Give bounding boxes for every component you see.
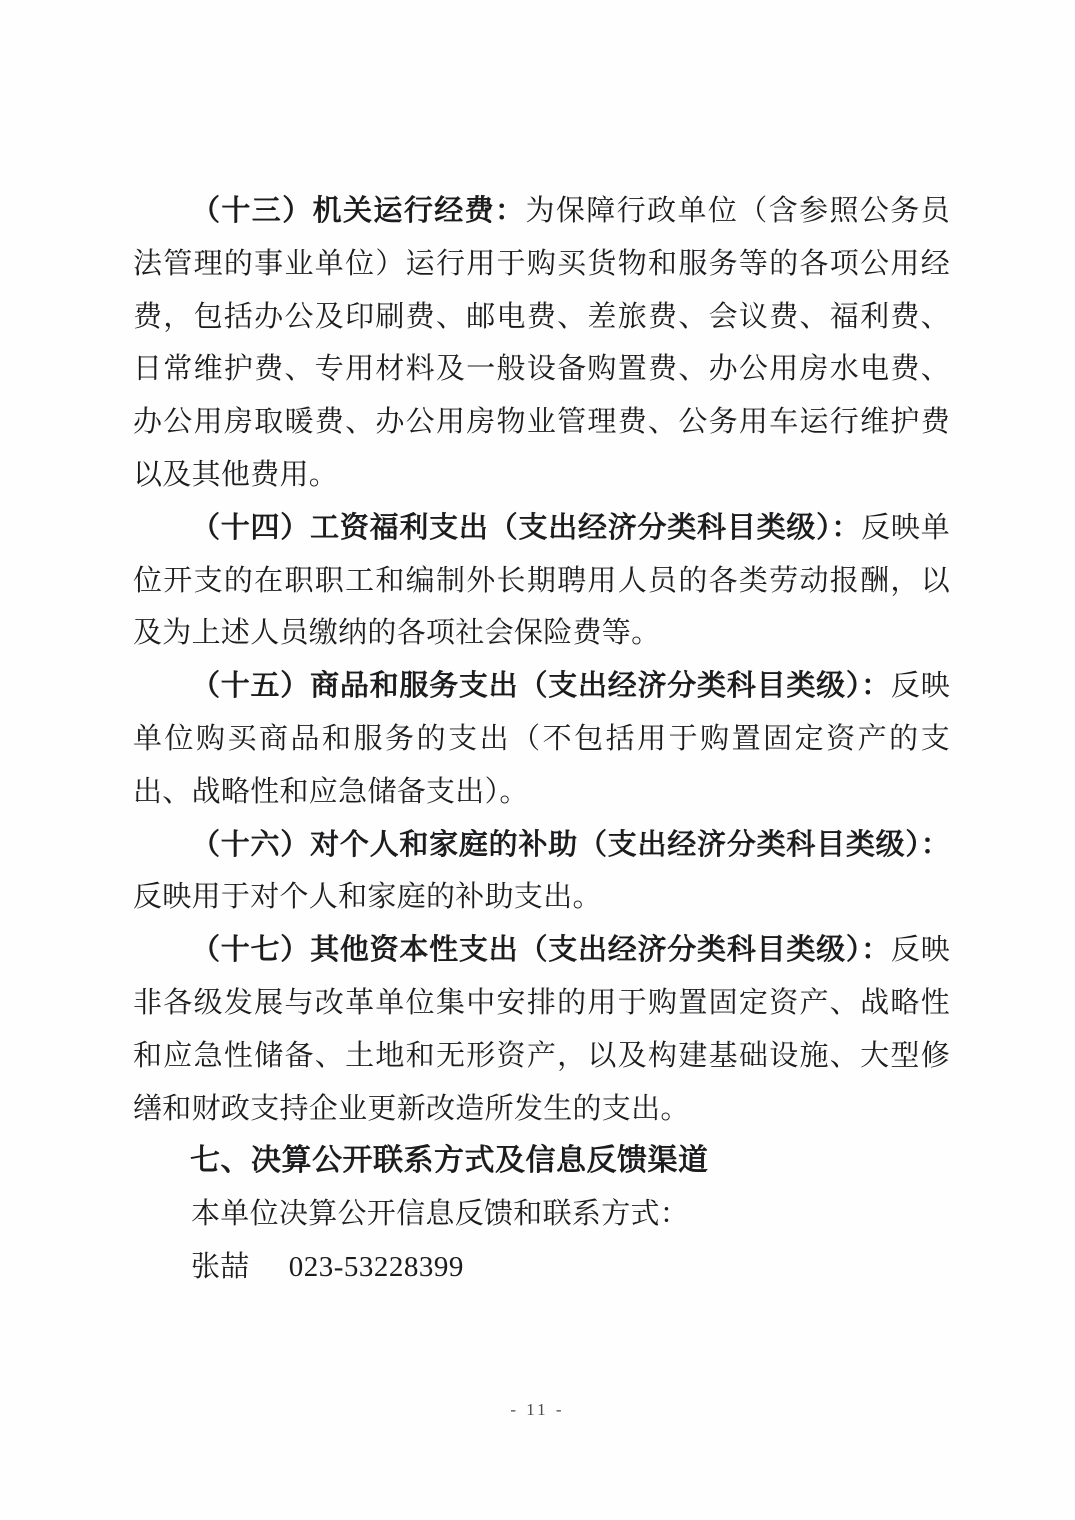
contact-phone: 023-53228399 xyxy=(289,1251,464,1283)
paragraph-lead: （十七）其他资本性支出（支出经济分类科目类级）： xyxy=(191,934,891,966)
section-heading-contact-channels: 七、决算公开联系方式及信息反馈渠道 xyxy=(133,1135,950,1188)
contact-name: 张喆 xyxy=(191,1251,250,1283)
paragraph-lead: （十三）机关运行经费： xyxy=(191,195,525,227)
paragraph-17-other-capital-expenditure: （十七）其他资本性支出（支出经济分类科目类级）：反映非各级发展与改革单位集中安排… xyxy=(133,924,950,1135)
paragraph-lead: （十五）商品和服务支出（支出经济分类科目类级）： xyxy=(191,670,891,702)
contact-intro-line: 本单位决算公开信息反馈和联系方式： xyxy=(133,1188,950,1241)
document-page: （十三）机关运行经费：为保障行政单位（含参照公务员法管理的事业单位）运行用于购买… xyxy=(0,0,1075,1520)
paragraph-15-goods-services-expenditure: （十五）商品和服务支出（支出经济分类科目类级）：反映单位购买商品和服务的支出（不… xyxy=(133,660,950,818)
paragraph-13-organ-operating-expenses: （十三）机关运行经费：为保障行政单位（含参照公务员法管理的事业单位）运行用于购买… xyxy=(133,185,950,502)
contact-line: 张喆023-53228399 xyxy=(133,1241,950,1294)
document-text-block: （十三）机关运行经费：为保障行政单位（含参照公务员法管理的事业单位）运行用于购买… xyxy=(133,185,950,1294)
page-number: - 11 - xyxy=(0,1400,1075,1420)
paragraph-14-wage-welfare-expenditure: （十四）工资福利支出（支出经济分类科目类级）：反映单位开支的在职职工和编制外长期… xyxy=(133,502,950,660)
paragraph-text: 为保障行政单位（含参照公务员法管理的事业单位）运行用于购买货物和服务等的各项公用… xyxy=(133,195,950,491)
paragraph-text: 反映用于对个人和家庭的补助支出。 xyxy=(133,881,602,913)
paragraph-lead: （十四）工资福利支出（支出经济分类科目类级）： xyxy=(191,512,861,544)
paragraph-lead: （十六）对个人和家庭的补助（支出经济分类科目类级）： xyxy=(191,829,950,861)
paragraph-16-subsidies-individuals-families: （十六）对个人和家庭的补助（支出经济分类科目类级）：反映用于对个人和家庭的补助支… xyxy=(133,819,950,925)
